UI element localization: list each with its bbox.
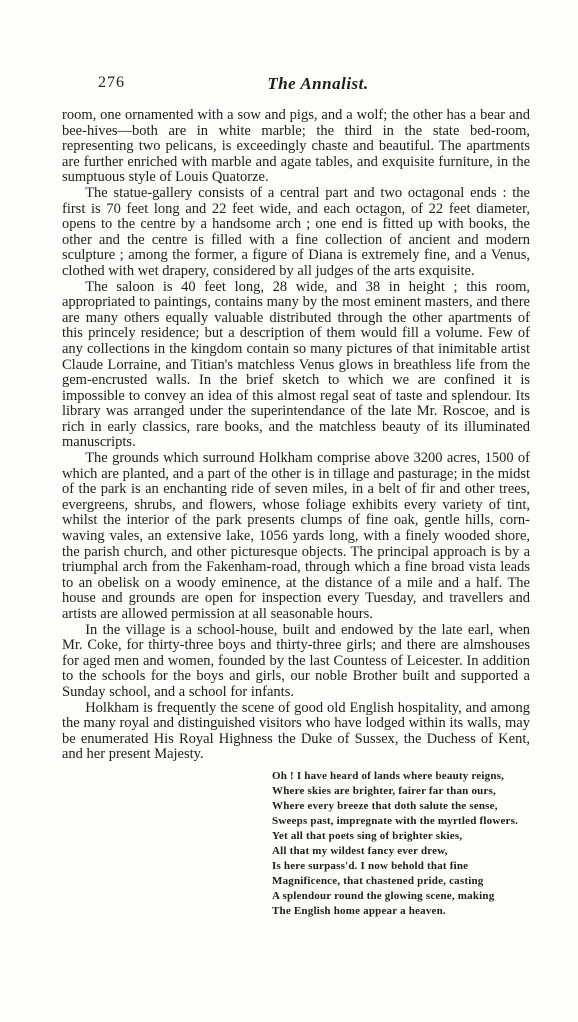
poem-line: The English home appear a heaven.: [272, 904, 530, 919]
poem-line: Sweeps past, impregnate with the myrtled…: [272, 814, 530, 829]
paragraph: The saloon is 40 feet long, 28 wide, and…: [62, 280, 530, 452]
paragraph: The statue-gallery consists of a central…: [62, 186, 530, 280]
paragraph: The grounds which surround Holkham compr…: [62, 451, 530, 623]
paragraph: In the village is a school-house, built …: [62, 623, 530, 701]
poem-line: All that my wildest fancy ever drew,: [272, 844, 530, 859]
poem-line: A splendour round the glowing scene, mak…: [272, 889, 530, 904]
poem-line: Yet all that poets sing of brighter skie…: [272, 829, 530, 844]
poem-line: Where every breeze that doth salute the …: [272, 799, 530, 814]
poem-line: Where skies are brighter, fairer far tha…: [272, 784, 530, 799]
running-title: The Annalist.: [84, 74, 552, 94]
poem-line: Magnificence, that chastened pride, cast…: [272, 874, 530, 889]
page-body: room, one ornamented with a sow and pigs…: [62, 108, 530, 919]
page-header: 276 The Annalist.: [62, 74, 530, 96]
book-page: 276 The Annalist. room, one ornamented w…: [0, 0, 578, 1022]
poem-line: Is here surpass'd. I now behold that fin…: [272, 859, 530, 874]
paragraph: Holkham is frequently the scene of good …: [62, 701, 530, 763]
paragraph: room, one ornamented with a sow and pigs…: [62, 108, 530, 186]
poem-line: Oh ! I have heard of lands where beauty …: [272, 769, 530, 784]
poem-block: Oh ! I have heard of lands where beauty …: [272, 769, 530, 919]
